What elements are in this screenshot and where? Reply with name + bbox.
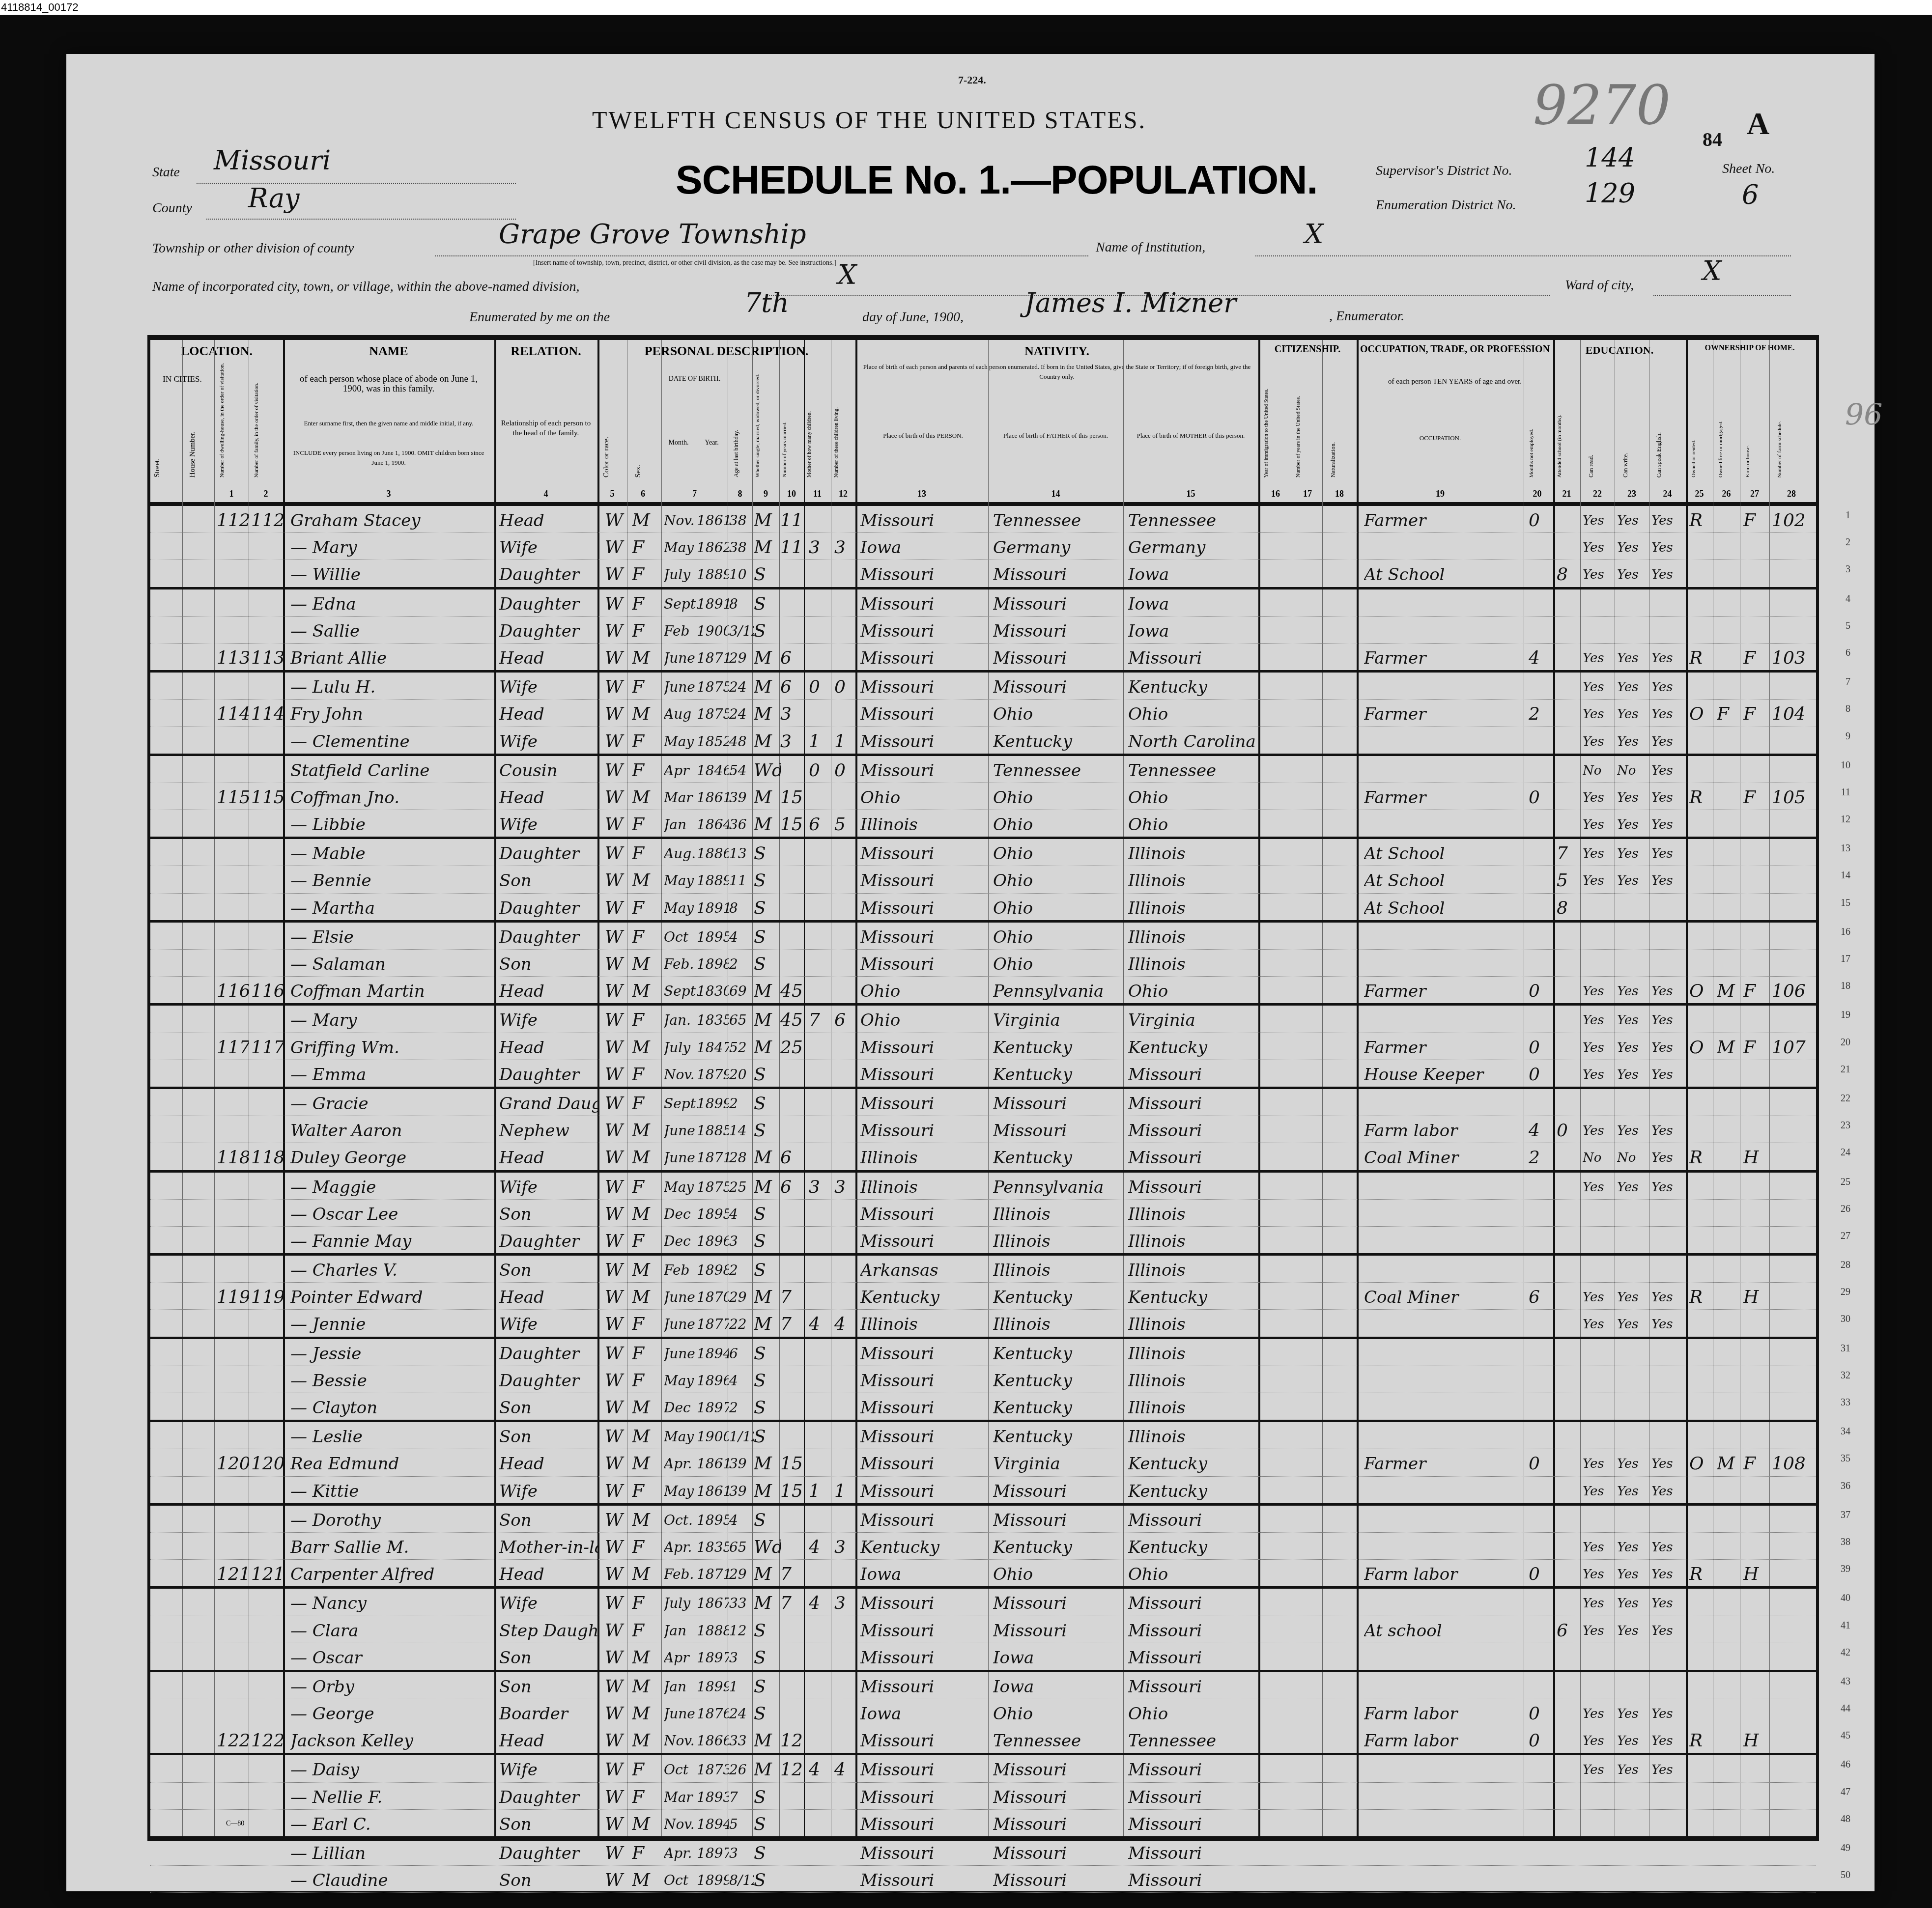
cell-family-number [251,1783,283,1809]
cell-children-living: 3 [834,1589,856,1615]
cell-months-unemployed: 0 [1529,977,1553,1003]
cell-children-living [834,1699,856,1726]
cell-dwelling-number [217,866,249,893]
cell-can-speak-english: Yes [1651,1616,1686,1643]
cell-farm-house [1743,1116,1770,1143]
cell-children-born [809,589,831,616]
table-row: 120120Rea EdmundHeadWMApr.186139M15Misso… [150,1449,1816,1476]
cell-free-mortgaged [1717,506,1741,533]
cell-can-speak-english: Yes [1651,1116,1686,1143]
township-label: Township or other division of county [152,241,354,256]
cell-owned-rented [1689,1643,1714,1670]
cell-free-mortgaged [1717,1506,1741,1532]
cell-owned-rented: R [1689,1143,1714,1170]
cell-can-read [1583,1839,1615,1865]
cell-children-living: 4 [834,1755,856,1782]
cell-school-months [1557,1089,1581,1116]
cell-can-speak-english: Yes [1651,1173,1686,1199]
cell-farm-schedule-number [1772,560,1816,587]
cell-free-mortgaged [1717,950,1741,976]
col-num-5: 5 [597,489,627,499]
cell-years-married [780,839,805,866]
cell-can-write [1617,1227,1649,1253]
cell-marital-status: S [754,1393,781,1420]
cell-school-months [1557,1810,1581,1836]
cell-children-living [834,1339,856,1366]
cell-children-born [809,1143,831,1170]
sheet-no-label: Sheet No. [1722,161,1775,177]
cell-person-name: — Sallie [290,617,494,643]
cell-family-number [251,756,283,783]
cell-dwelling-number: 121 [217,1560,249,1586]
cell-farm-schedule-number [1772,1200,1816,1226]
cell-owned-rented [1689,1060,1714,1087]
cell-children-born [809,1200,831,1226]
cell-birthplace-mother: Ohio [1128,1560,1258,1586]
cell-relation: Head [499,1560,597,1586]
cell-farm-house [1743,839,1770,866]
cell-farm-schedule-number [1772,1589,1816,1615]
table-row: 117117Griffing Wm.HeadWMJuly184752M25Mis… [150,1033,1816,1060]
cell-birth-month: Nov. [664,1726,698,1753]
cell-farm-schedule-number [1772,1866,1816,1892]
cell-sex: M [632,506,659,533]
cell-sex: M [632,1672,659,1699]
cell-person-name: — Mable [290,839,494,866]
cell-children-born [809,1422,831,1449]
cell-farm-house [1743,1227,1770,1253]
cell-can-write: Yes [1617,810,1649,837]
cell-months-unemployed [1529,1089,1553,1116]
cell-sex: M [632,1449,659,1476]
cell-can-write: Yes [1617,506,1649,533]
cell-months-unemployed [1529,1672,1553,1699]
cell-relation: Son [499,1866,597,1892]
cell-family-number [251,1589,283,1615]
cell-children-born [809,923,831,949]
cell-farm-schedule-number [1772,1339,1816,1366]
cell-sex: F [632,1006,659,1032]
cell-owned-rented [1689,866,1714,893]
cell-dwelling-number [217,1089,249,1116]
cell-occupation [1364,923,1524,949]
cell-occupation [1364,1589,1524,1615]
group-citizenship: CITIZENSHIP. [1258,344,1357,355]
cell-birthplace-father: Missouri [993,1839,1123,1865]
cell-farm-schedule-number [1772,1672,1816,1699]
cell-birthplace-person: Missouri [860,1033,988,1060]
cell-years-married [780,894,805,920]
cell-can-speak-english: Yes [1651,1533,1686,1559]
cell-can-speak-english: Yes [1651,1589,1686,1615]
cell-farm-house [1743,1200,1770,1226]
cell-occupation: Farmer [1364,977,1524,1003]
line-number: 21 [1841,1064,1850,1075]
cell-birthplace-mother: Kentucky [1128,1477,1258,1503]
cell-months-unemployed [1529,1477,1553,1503]
cell-birthplace-person: Missouri [860,1726,988,1753]
cell-marital-status: M [754,1173,781,1199]
cell-birthplace-father: Missouri [993,1755,1123,1782]
cell-can-read: Yes [1583,506,1615,533]
line-number: 45 [1841,1730,1850,1741]
cell-birthplace-person: Missouri [860,950,988,976]
cell-farm-schedule-number [1772,839,1816,866]
cell-dwelling-number [217,1533,249,1559]
cell-birthplace-father: Missouri [993,1866,1123,1892]
cell-farm-house [1743,1366,1770,1393]
cell-relation: Son [499,1256,597,1282]
cell-free-mortgaged [1717,1200,1741,1226]
col-num-7: 7 [661,489,728,499]
cell-months-unemployed [1529,1339,1553,1366]
col-num-14: 14 [988,489,1123,499]
cell-farm-house [1743,1533,1770,1559]
cell-children-born [809,839,831,866]
cell-marital-status: S [754,1200,781,1226]
cell-person-name: — Lulu H. [290,673,494,699]
cell-marital-status: S [754,894,781,920]
cell-person-name: — Jennie [290,1310,494,1336]
cell-can-speak-english [1651,923,1686,949]
vh-can-read: Can read. [1588,455,1595,477]
cell-family-number [251,839,283,866]
cell-owned-rented: R [1689,1283,1714,1309]
cell-birthplace-father: Illinois [993,1256,1123,1282]
cell-color-race: W [605,1200,627,1226]
line-number: 25 [1841,1177,1850,1188]
cell-owned-rented: R [1689,1726,1714,1753]
cell-farm-house [1743,894,1770,920]
cell-can-speak-english: Yes [1651,1310,1686,1336]
cell-occupation: Farmer [1364,1033,1524,1060]
cell-relation: Nephew [499,1116,597,1143]
cell-birth-month: Jan. [664,1006,698,1032]
cell-sex: F [632,1366,659,1393]
cell-children-born [809,1810,831,1836]
cell-birth-year: 1896 [697,1366,729,1393]
cell-free-mortgaged [1717,1560,1741,1586]
table-row: — ClaudineSonWMOct18998/12SMissouriMisso… [150,1866,1816,1893]
cell-sex: M [632,1726,659,1753]
cell-can-write: Yes [1617,1533,1649,1559]
cell-color-race: W [605,506,627,533]
cell-dwelling-number [217,1366,249,1393]
table-row: — BessieDaughterWFMay18964SMissouriKentu… [150,1366,1816,1393]
table-row: — Fannie MayDaughterWFDec18963SMissouriI… [150,1227,1816,1256]
cell-birthplace-person: Missouri [860,1616,988,1643]
table-row: — NancyWifeWFJuly186733M743MissouriMisso… [150,1589,1816,1616]
cell-dwelling-number: 118 [217,1143,249,1170]
cell-birthplace-person: Missouri [860,1422,988,1449]
cell-dwelling-number [217,1006,249,1032]
cell-birthplace-person: Illinois [860,1310,988,1336]
cell-occupation: Farm labor [1364,1116,1524,1143]
cell-family-number [251,1477,283,1503]
cell-owned-rented [1689,1393,1714,1420]
cell-birthplace-father: Kentucky [993,1393,1123,1420]
cell-birthplace-mother: Ohio [1128,700,1258,726]
enumeration-district-value: 129 [1585,178,1635,209]
cell-occupation: Farmer [1364,644,1524,670]
cell-person-name: — Fannie May [290,1227,494,1253]
county-value: Ray [248,183,300,214]
cell-children-born [809,506,831,533]
cell-can-read: Yes [1583,560,1615,587]
cell-person-name: — Earl C. [290,1810,494,1836]
cell-color-race: W [605,756,627,783]
cell-birthplace-person: Iowa [860,1560,988,1586]
cell-can-read [1583,1866,1615,1892]
cell-person-name: Fry John [290,700,494,726]
cell-relation: Daughter [499,1227,597,1253]
cell-relation: Daughter [499,1366,597,1393]
cell-years-married [780,1422,805,1449]
cell-free-mortgaged [1717,1227,1741,1253]
cell-can-read: No [1583,1143,1615,1170]
cell-family-number: 115 [251,783,283,810]
vh-free-mortgaged: Owned free or mortgaged. [1718,421,1724,477]
vh-dwelling: Number of dwelling-house, in the order o… [219,363,225,477]
cell-farm-schedule-number: 104 [1772,700,1816,726]
cell-children-living [834,506,856,533]
cell-birth-year: 1895 [697,1200,729,1226]
cell-marital-status: S [754,589,781,616]
cell-birthplace-father: Missouri [993,1783,1123,1809]
cell-can-read: Yes [1583,1726,1615,1753]
cell-person-name: Duley George [290,1143,494,1170]
cell-birth-year: 1894 [697,1810,729,1836]
cell-farm-schedule-number [1772,673,1816,699]
table-row: — JennieWifeWFJune187722M744IllinoisIlli… [150,1310,1816,1339]
cell-can-speak-english: Yes [1651,1006,1686,1032]
cell-school-months [1557,1672,1581,1699]
cell-children-living [834,866,856,893]
cell-person-name: Rea Edmund [290,1449,494,1476]
col-num-9: 9 [752,489,779,499]
cell-children-born [809,1393,831,1420]
col-num-16: 16 [1258,489,1293,499]
cell-school-months [1557,1449,1581,1476]
cell-birth-year: 1899 [697,1089,729,1116]
table-row: — SalamanSonWMFeb.18982SMissouriOhioIlli… [150,950,1816,977]
cell-person-name: Coffman Martin [290,977,494,1003]
cell-birthplace-mother: Missouri [1128,1643,1258,1670]
cell-children-living [834,1060,856,1087]
cell-birthplace-father: Illinois [993,1310,1123,1336]
cell-age: 3 [729,1227,754,1253]
pencil-stamp-number: 9270 [1533,74,1671,137]
cell-can-write: Yes [1617,1283,1649,1309]
cell-months-unemployed [1529,533,1553,560]
cell-birthplace-person: Illinois [860,810,988,837]
cell-marital-status: S [754,1089,781,1116]
cell-can-write [1617,1506,1649,1532]
cell-farm-schedule-number [1772,866,1816,893]
col-num-3: 3 [283,489,494,499]
cell-owned-rented [1689,560,1714,587]
cell-farm-schedule-number [1772,1560,1816,1586]
cell-children-born [809,1089,831,1116]
cell-children-born [809,894,831,920]
cell-birthplace-father: Missouri [993,589,1123,616]
cell-marital-status: S [754,1422,781,1449]
cell-can-write: Yes [1617,783,1649,810]
cell-dwelling-number [217,1589,249,1615]
cell-person-name: Briant Allie [290,644,494,670]
cell-months-unemployed [1529,673,1553,699]
table-row: — DaisyWifeWFOct187326M1244MissouriMisso… [150,1755,1816,1782]
cell-can-write [1617,1256,1649,1282]
cell-can-read: Yes [1583,977,1615,1003]
cell-birthplace-mother: Germany [1128,533,1258,560]
cell-children-born: 1 [809,727,831,754]
cell-relation: Grand Daughter [499,1089,597,1116]
cell-relation: Head [499,506,597,533]
cell-relation: Boarder [499,1699,597,1726]
cell-can-write [1617,589,1649,616]
enumerated-day: 7th [744,287,789,318]
cell-children-living: 3 [834,533,856,560]
cell-occupation [1364,1533,1524,1559]
cell-years-married: 15 [780,783,805,810]
cell-relation: Son [499,950,597,976]
cell-sex: M [632,1560,659,1586]
cell-occupation [1364,1839,1524,1865]
cell-school-months [1557,1283,1581,1309]
cell-owned-rented: R [1689,783,1714,810]
table-row: — EmmaDaughterWFNov.187920SMissouriKentu… [150,1060,1816,1089]
cell-age: 28 [729,1143,754,1170]
cell-farm-schedule-number [1772,727,1816,754]
table-row: — KittieWifeWFMay186139M1511MissouriMiss… [150,1477,1816,1506]
cell-birth-month: Oct [664,1755,698,1782]
cell-family-number [251,1533,283,1559]
line-number: 32 [1841,1370,1850,1381]
cell-sex: F [632,1060,659,1087]
cell-children-living [834,644,856,670]
cell-sex: F [632,1173,659,1199]
cell-years-married [780,1089,805,1116]
cell-birthplace-father: Tennessee [993,756,1123,783]
cell-can-write: Yes [1617,1060,1649,1087]
cell-family-number [251,533,283,560]
cell-sex: M [632,1643,659,1670]
cell-birthplace-person: Missouri [860,617,988,643]
vh-color: Color or race. [602,437,611,477]
cell-age: 65 [729,1006,754,1032]
name-instruction-1: Enter surname first, then the given name… [293,419,484,428]
cell-can-speak-english: Yes [1651,839,1686,866]
enumerator-label: , Enumerator. [1329,309,1404,324]
cell-farm-schedule-number: 107 [1772,1033,1816,1060]
cell-can-read [1583,1366,1615,1393]
cell-birthplace-father: Illinois [993,1200,1123,1226]
cell-children-born [809,1227,831,1253]
cell-can-read: Yes [1583,700,1615,726]
line-number: 10 [1841,760,1850,771]
cell-occupation: Farmer [1364,700,1524,726]
cell-marital-status: S [754,866,781,893]
cell-birthplace-mother: Missouri [1128,1783,1258,1809]
cell-months-unemployed [1529,810,1553,837]
cell-color-race: W [605,1089,627,1116]
cell-color-race: W [605,923,627,949]
cell-farm-schedule-number [1772,1533,1816,1559]
cell-person-name: Statfield Carline [290,756,494,783]
cell-marital-status: M [754,1560,781,1586]
cell-can-read: Yes [1583,1006,1615,1032]
cell-marital-status: S [754,1366,781,1393]
cell-marital-status: M [754,1589,781,1615]
cell-free-mortgaged [1717,894,1741,920]
cell-relation: Daughter [499,894,597,920]
cell-children-living: 5 [834,810,856,837]
cell-can-speak-english: Yes [1651,977,1686,1003]
cell-farm-schedule-number [1772,1366,1816,1393]
cell-occupation [1364,950,1524,976]
line-number: 20 [1841,1037,1850,1048]
cell-birthplace-person: Missouri [860,1783,988,1809]
cell-birth-year: 1885 [697,1116,729,1143]
col-num-27: 27 [1740,489,1769,499]
schedule-title: SCHEDULE No. 1.—POPULATION. [676,157,1317,203]
month-label: Month. [661,438,696,448]
cell-birth-month: May [664,1422,698,1449]
cell-farm-house [1743,727,1770,754]
cell-birthplace-mother: Missouri [1128,1755,1258,1782]
cell-occupation [1364,1006,1524,1032]
cell-can-write [1617,1366,1649,1393]
cell-occupation [1364,1477,1524,1503]
ward-label: Ward of city, [1565,278,1634,293]
vh-street: Street. [153,458,162,477]
cell-dwelling-number [217,1227,249,1253]
table-row: — SallieDaughterWFFeb19003/12SMissouriMi… [150,617,1816,644]
cell-can-speak-english: Yes [1651,1726,1686,1753]
cell-dwelling-number [217,1422,249,1449]
cell-birthplace-father: Missouri [993,1477,1123,1503]
cell-birthplace-mother: Missouri [1128,1810,1258,1836]
cell-farm-schedule-number [1772,1310,1816,1336]
cell-farm-house [1743,673,1770,699]
cell-months-unemployed [1529,1310,1553,1336]
cell-can-read [1583,923,1615,949]
cell-birth-year: 1861 [697,506,729,533]
cell-occupation [1364,1339,1524,1366]
line-number: 33 [1841,1397,1850,1408]
line-number: 47 [1841,1787,1850,1798]
cell-farm-schedule-number [1772,589,1816,616]
cell-years-married: 7 [780,1560,805,1586]
cell-birthplace-person: Missouri [860,1227,988,1253]
line-number: 9 [1846,731,1850,742]
cell-marital-status: S [754,1060,781,1087]
cell-color-race: W [605,1006,627,1032]
cell-birthplace-person: Missouri [860,589,988,616]
cell-can-read: Yes [1583,1283,1615,1309]
cell-family-number [251,1755,283,1782]
cell-marital-status: M [754,1006,781,1032]
cell-school-months [1557,1589,1581,1615]
cell-birthplace-mother: Missouri [1128,1506,1258,1532]
cell-marital-status: S [754,923,781,949]
cell-family-number [251,1810,283,1836]
cell-can-read [1583,1422,1615,1449]
cell-birth-month: Apr [664,756,698,783]
cell-farm-house [1743,810,1770,837]
cell-color-race: W [605,533,627,560]
